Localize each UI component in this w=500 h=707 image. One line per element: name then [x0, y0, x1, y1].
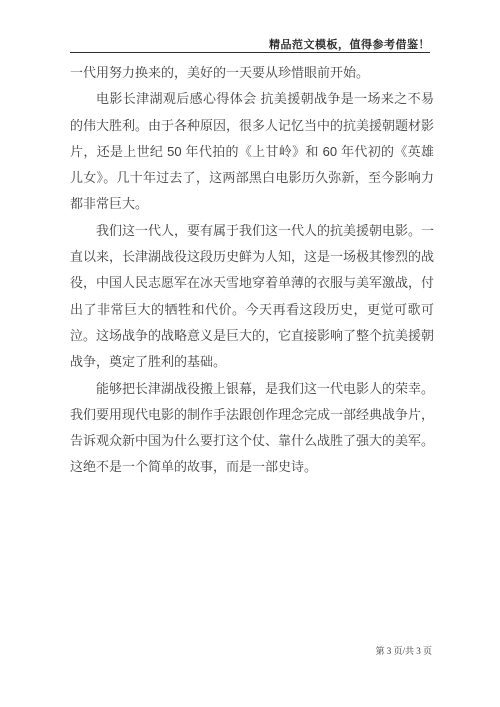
header-note: 精品范文模板，值得参考借鉴！	[70, 36, 430, 52]
paragraph: 我们这一代人，要有属于我们这一代人的抗美援朝电影。一直以来，长津湖战役这段历史鲜…	[70, 218, 434, 376]
paragraph: 能够把长津湖战役搬上银幕，是我们这一代电影人的荣幸。我们要用现代电影的制作手法跟…	[70, 376, 434, 481]
document-page: 精品范文模板，值得参考借鉴！ 一代用努力换来的，美好的一天要从珍惜眼前开始。 电…	[0, 0, 500, 707]
document-body: 一代用努力换来的，美好的一天要从珍惜眼前开始。 电影长津湖观后感心得体会 抗美援…	[70, 60, 434, 481]
page-number: 第 3 页/共 3 页	[375, 646, 432, 656]
paragraph: 一代用努力换来的，美好的一天要从珍惜眼前开始。	[70, 60, 434, 86]
header-divider	[70, 52, 430, 53]
page-footer: 第 3 页/共 3 页	[70, 644, 432, 657]
paragraph: 电影长津湖观后感心得体会 抗美援朝战争是一场来之不易的伟大胜利。由于各种原因，很…	[70, 86, 434, 217]
